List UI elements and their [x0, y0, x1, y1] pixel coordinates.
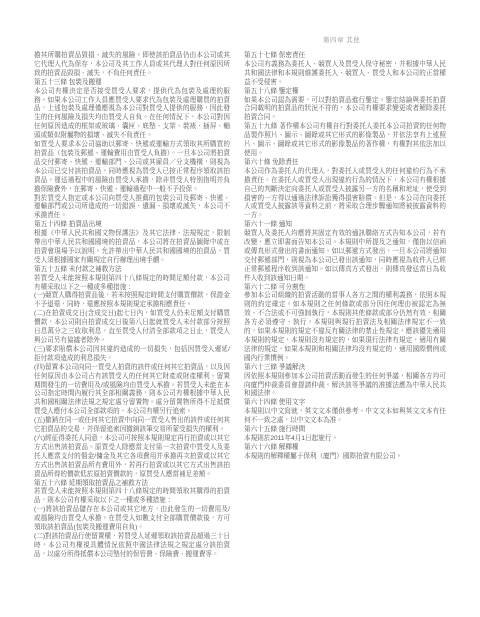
article-heading: 第六十一條 通知	[244, 221, 446, 230]
article-paragraph: 因依照本規則參加本公司拍賣活動而發生的任何爭議，相關各方均可向廈門仲裁委員會提請…	[244, 373, 446, 400]
article-heading: 第六十五條 施行時間	[244, 426, 446, 435]
article-paragraph: 競買人及委托人均應將其固定有效的通訊聯絡方式告知本公司，若有改變，應立即書面告知…	[244, 230, 446, 283]
article-paragraph: (四)留置本公司向同一買受人拍賣的該件或任何其它拍賣品，以及因任何原因由本公司占…	[34, 364, 230, 417]
article-paragraph: 本規則以中文寫就，英文文本僅供參考。中文文本如與英文文本有任何不一致之處，以中文…	[244, 408, 446, 426]
article-paragraph: 參加本公司組織的拍賣活動的當事人各方之間的權利義務，依照本規則的約定確定。如本規…	[244, 292, 446, 363]
document-page: 第四章 其他 擔其所購拍賣品毀損、滅失的風險。即使該拍賣品仍由本公司或其它代理人…	[0, 0, 480, 617]
article-paragraph: 第五十九條 著作權本公司有權自行對委托人委托本公司拍賣的任何物品製作照片、圖示、…	[244, 123, 446, 159]
article-paragraph: (一)將該拍賣品儲存在本公司或其它地方，由此發生的一切費用及/或風險均由買受人承…	[34, 506, 230, 533]
left-text-column: 擔其所購拍賣品毀損、滅失的風險。即使該拍賣品仍由本公司或其它代理人代為保存，本公…	[34, 52, 230, 560]
article-paragraph: 本公司有義務為委托人、競買人及買受人保守秘密，并根據中華人民共和國法律和本規則維…	[244, 61, 446, 88]
article-paragraph: 根據《中華人民共和國文物保護法》及其它法律、法規規定，限制帶出中華人民共和國國境…	[34, 230, 230, 266]
article-paragraph: 如買受人要求本公司協助以郵寄、快遞或運輸方式領取其所購買的拍賣品（包裝及郵遞、運…	[34, 141, 230, 194]
article-heading: 第六十四條 使用文字	[244, 399, 446, 408]
article-paragraph: 對於買受人指定或本公司向買受人推薦的包裝公司及郵寄、快遞、運輸部門或公司所造成的…	[34, 195, 230, 222]
article-paragraph: 若買受人未能按照本規則第四十八條規定的時間領取其購得的拍賣品，則本公司有權采取以…	[34, 488, 230, 506]
article-heading: 第五十四條 拍賣品出境	[34, 221, 230, 230]
article-heading: 第五十八條 鑒定權	[244, 88, 446, 97]
article-paragraph: 本規則於2011年4月1日起施行。	[244, 435, 446, 444]
article-heading: 第五十七條 保密責任	[244, 52, 446, 61]
article-heading: 第六十條 免除責任	[244, 159, 446, 168]
article-heading: 第六十六條 解釋權	[244, 444, 446, 453]
article-paragraph: 若買受人未能按照本規則第四十八條規定的時間足額付款，本公司有權采取以下之一種或多…	[34, 275, 230, 293]
article-paragraph: 本公司作為委托人的代理人，對委托人或買受人的任何違約行為不承擔責任。在委托人或買…	[244, 168, 446, 221]
article-paragraph: (六)經征得委托人同意，本公司可按照本規則規定再行拍賣或以其它方式出售該拍賣品。…	[34, 435, 230, 480]
article-paragraph: (五)撤銷在同一或任何其它拍賣中向同一買受人售出的該件或任何其它拍賣品的交易，并…	[34, 417, 230, 435]
article-paragraph: 本公司有權決定是否接受買受人要求，提供代為包裝及處理的服務。如果本公司工作人員應…	[34, 88, 230, 141]
article-paragraph: 本規則的解釋權屬于保利（廈門）國際拍賣有限公司。	[244, 453, 446, 462]
article-paragraph: (三)要求賠償本公司因其違約造成的一切損失，包括因買受人遲延/拒付款項造成的利息…	[34, 346, 230, 364]
article-heading: 第六十三條 爭議解決	[244, 364, 446, 373]
article-paragraph: (二)在拍賣成交日(含成交日)起七日內，如買受人仍未足額支付購買價款，本公司則自…	[34, 310, 230, 346]
right-text-column: 第五十七條 保密責任本公司有義務為委托人、競買人及買受人保守秘密，并根據中華人民…	[244, 52, 446, 462]
article-paragraph: (一)競買人購得拍賣品後，若未按照規定時間支付購買價款，保證金不予退還，同時，還…	[34, 292, 230, 310]
running-chapter-header: 第四章 其他	[323, 37, 360, 45]
article-paragraph: 擔其所購拍賣品毀損、滅失的風險。即使該拍賣品仍由本公司或其它代理人代為保存，本公…	[34, 52, 230, 79]
article-paragraph: (二)對該拍賣品行使留置權，若買受人延遲領取該拍賣品超過三十日時，本公司有權視具…	[34, 533, 230, 560]
article-paragraph: 如果本公司認為需要，可以對拍賣品進行鑒定。鑒定結論與委托拍賣合同載明的拍賣品的狀…	[244, 97, 446, 124]
article-heading: 第五十五條 未付款之補救方法	[34, 266, 230, 275]
article-heading: 第五十三條 包裝及搬運	[34, 79, 230, 88]
